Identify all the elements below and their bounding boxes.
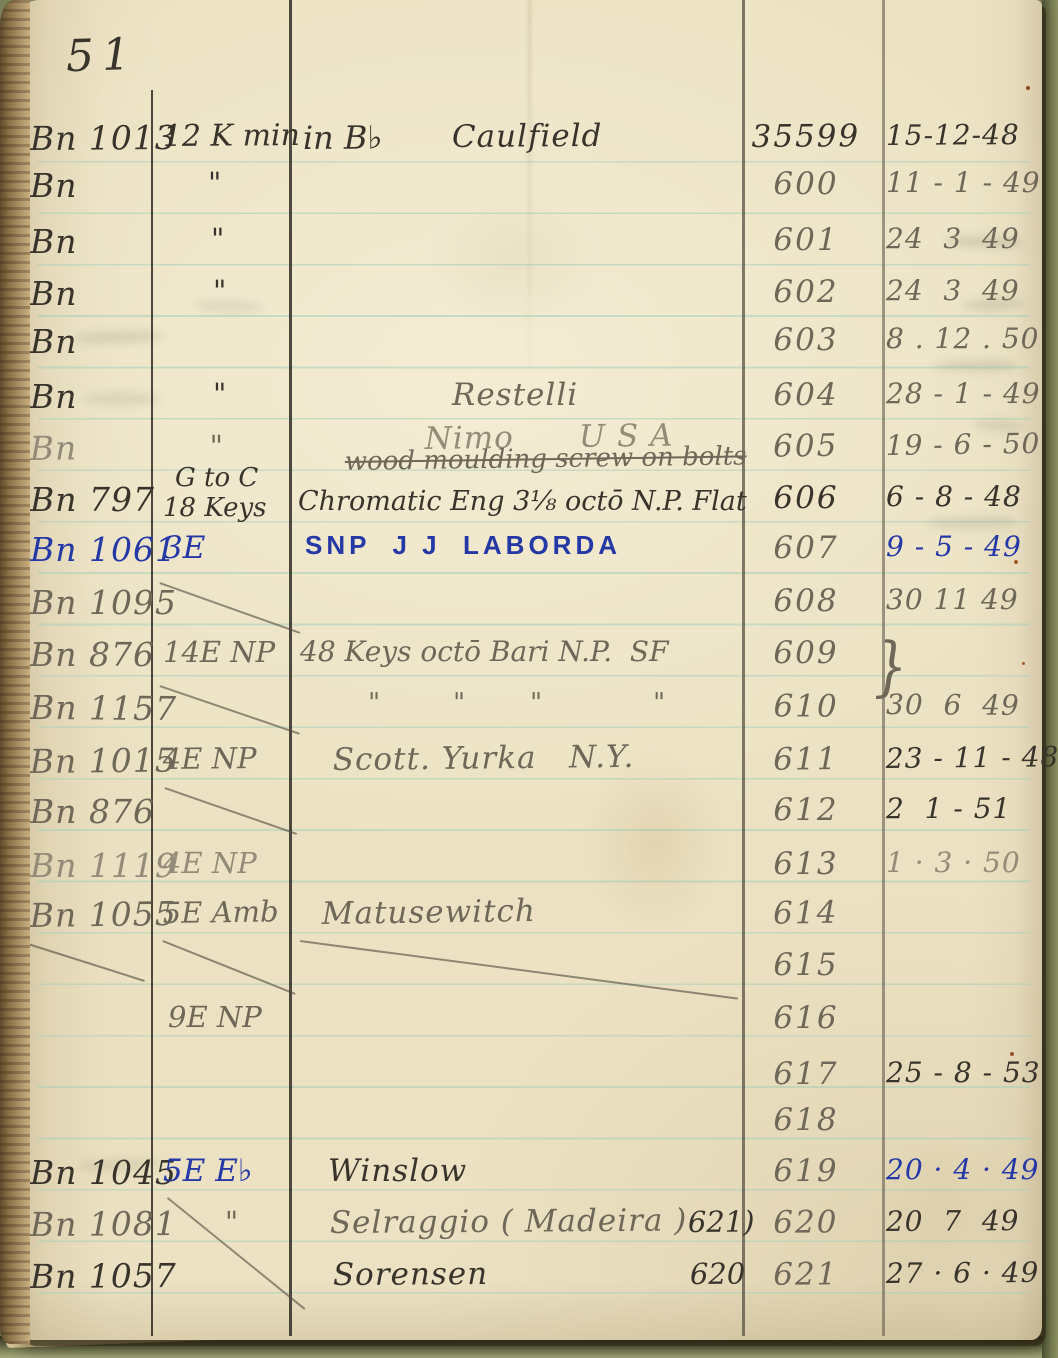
- cancel-slash: [300, 940, 739, 1000]
- cancel-slash: [24, 942, 145, 982]
- cancel-slash: [159, 685, 300, 735]
- book-binding: [0, 0, 30, 1344]
- cancel-slash: [159, 582, 300, 634]
- cancel-slash: [164, 787, 297, 835]
- cancel-slash: [166, 1197, 305, 1310]
- cancel-slash: [162, 940, 296, 995]
- ledger-page: 51 Bn 101312 K minin B♭Caulfield3559915-…: [14, 0, 1042, 1340]
- cancel-slashes: [0, 0, 1058, 1340]
- scanned-ledger-document: { "page": { "number": "51" }, "colors": …: [0, 0, 1058, 1358]
